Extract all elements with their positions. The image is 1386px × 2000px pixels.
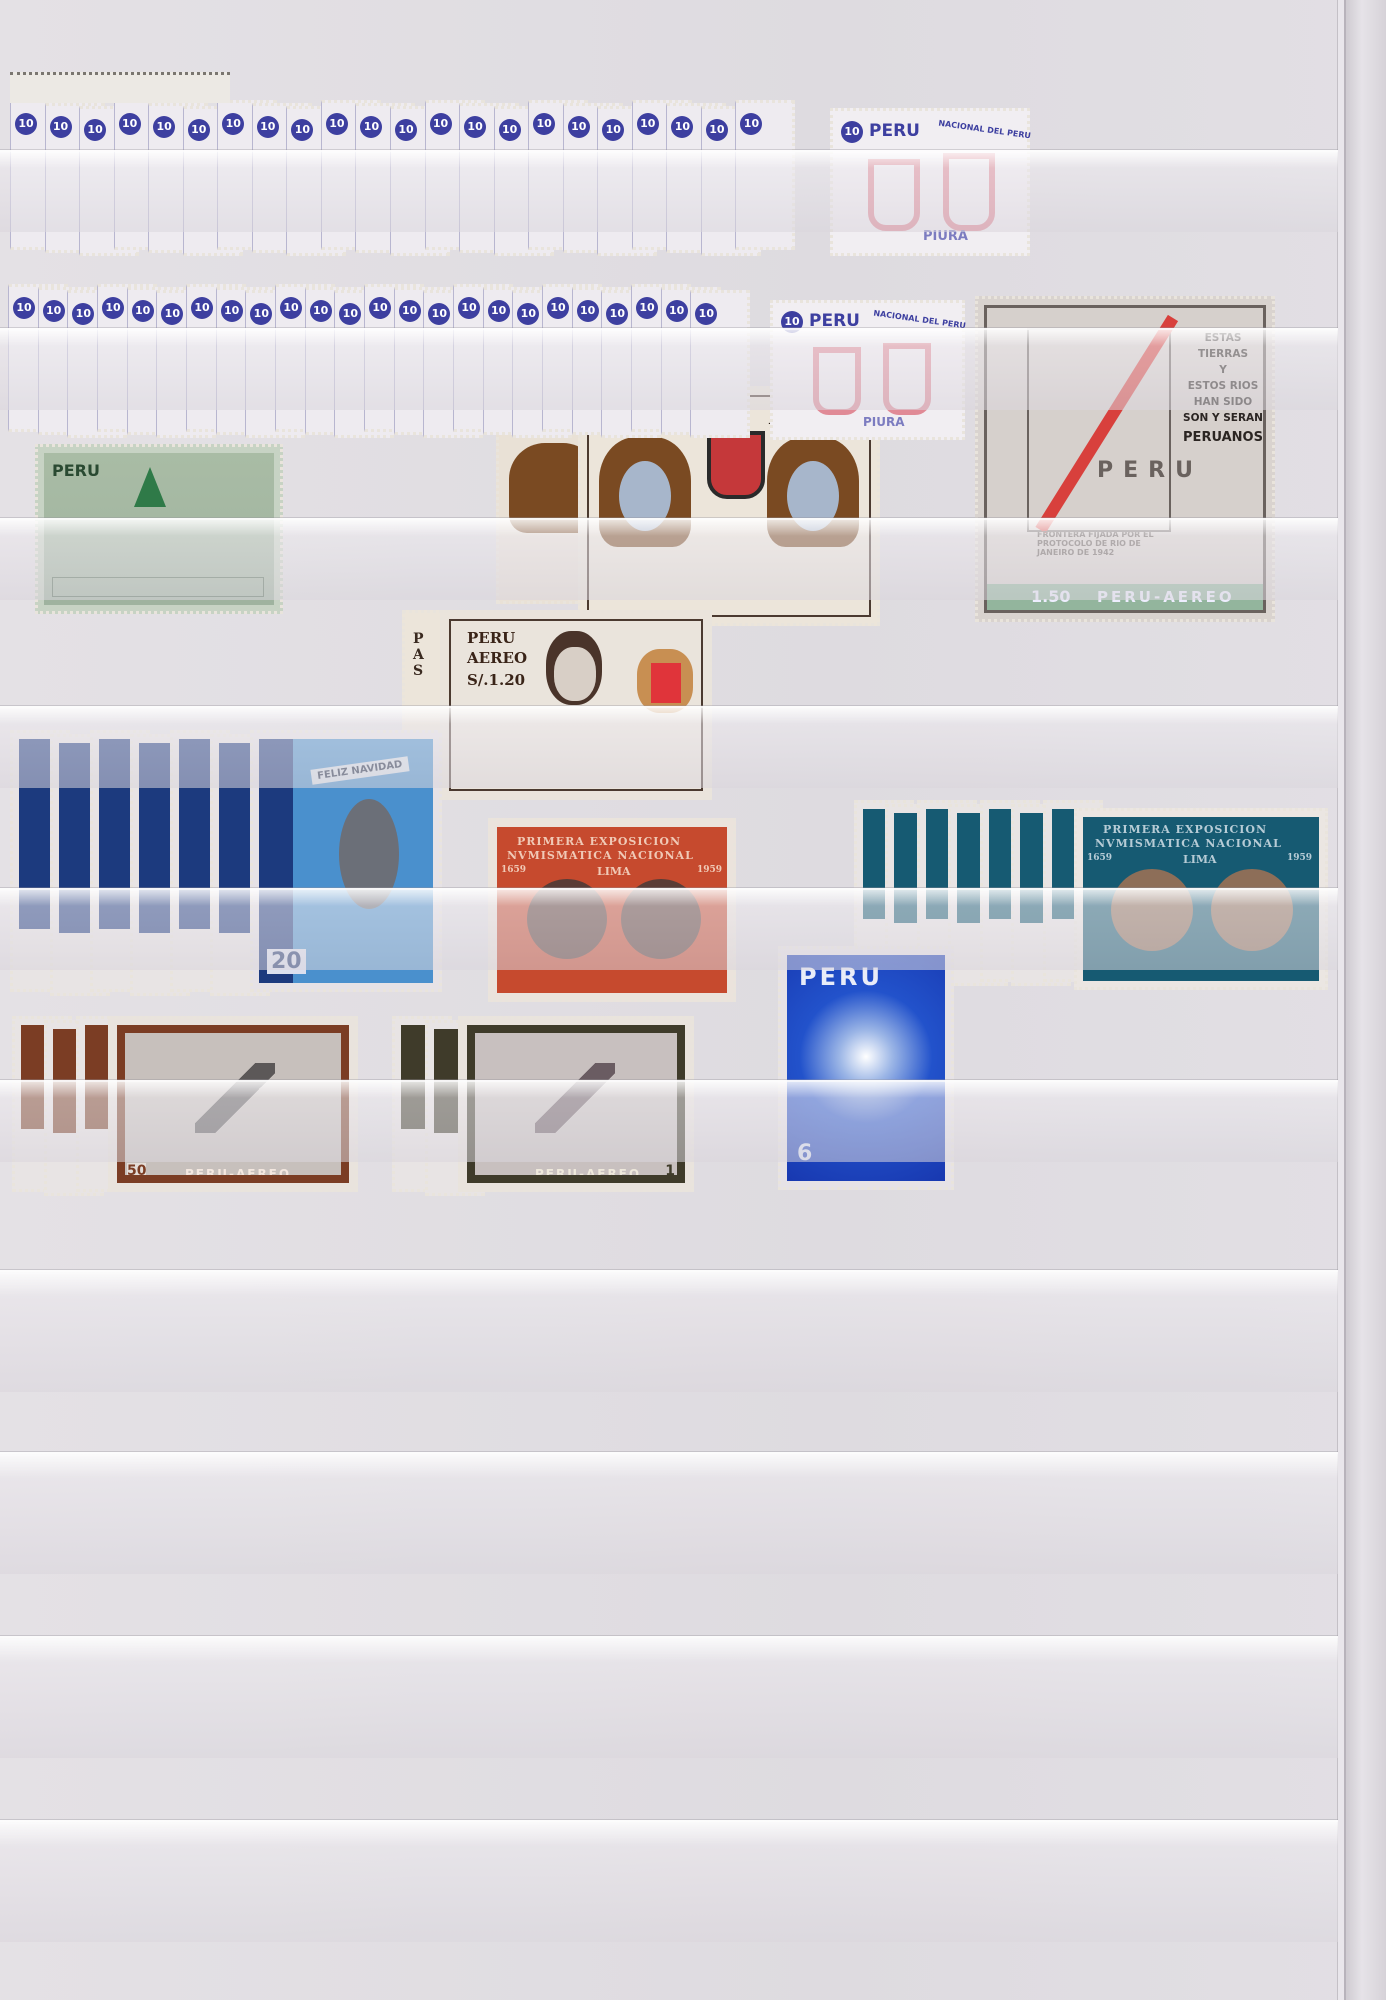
value-badge: 10 (636, 297, 658, 319)
glassine-strip (0, 706, 1338, 788)
value-badge: 10 (533, 113, 555, 135)
glassine-strip (0, 518, 1338, 600)
value-badge: 10 (706, 119, 728, 141)
value-badge: 10 (360, 116, 382, 138)
selvage (10, 72, 230, 103)
value-badge: 10 (153, 116, 175, 138)
value-badge: 10 (666, 300, 688, 322)
value-badge: 10 (13, 297, 35, 319)
sail-icon (134, 467, 166, 507)
glassine-strip (0, 1820, 1338, 1942)
portrait-face (554, 647, 596, 701)
value-badge: 10 (43, 300, 65, 322)
value-badge: 10 (577, 300, 599, 322)
value-badge: 10 (222, 113, 244, 135)
value-badge: 10 (517, 303, 539, 325)
value-badge: 10 (671, 116, 693, 138)
value-badge: 10 (326, 113, 348, 135)
glassine-strip (0, 1080, 1338, 1162)
value-badge: 10 (458, 297, 480, 319)
value-badge: 10 (637, 113, 659, 135)
glassine-strip (0, 1452, 1338, 1574)
value-badge: 10 (369, 297, 391, 319)
value-badge: 10 (84, 119, 106, 141)
value-badge: 10 (339, 303, 361, 325)
value-badge: 10 (188, 119, 210, 141)
value-badge: 10 (221, 300, 243, 322)
value-badge: 10 (250, 303, 272, 325)
value-badge: 10 (395, 119, 417, 141)
coat-of-arms-icon (707, 431, 765, 499)
glassine-strip (0, 150, 1338, 232)
value-badge: 10 (464, 116, 486, 138)
value-badge: 10 (50, 116, 72, 138)
glassine-strip (0, 888, 1338, 970)
value-badge: 10 (15, 113, 37, 135)
value-badge: 10 (740, 113, 762, 135)
value-badge: 10 (568, 116, 590, 138)
value-badge: 10 (488, 300, 510, 322)
glassine-strip (0, 1270, 1338, 1392)
value-badge: 10 (72, 303, 94, 325)
value-badge: 10 (695, 303, 717, 325)
value-badge: 10 (257, 116, 279, 138)
value-badge: 10 (310, 300, 332, 322)
value-badge: 10 (161, 303, 183, 325)
stamp-title: PERU (869, 121, 920, 141)
value-badge: 10 (430, 113, 452, 135)
glassine-strip (0, 1636, 1338, 1758)
value-badge: 10 (499, 119, 521, 141)
stockbook-page: PERU ESTASTIERRASYESTOS RIOSHAN SIDOSON … (0, 0, 1386, 2000)
value-badge: 10 (547, 297, 569, 319)
value-badge: 10 (132, 300, 154, 322)
red-shield-icon (651, 663, 681, 703)
value-badge: 10 (399, 300, 421, 322)
value-badge: 10 (428, 303, 450, 325)
value-badge: 10 (102, 297, 124, 319)
value-badge: 10 (280, 297, 302, 319)
book-spine (1344, 0, 1386, 2000)
value-badge: 10 (606, 303, 628, 325)
value-badge: 10 (602, 119, 624, 141)
value-badge: 10 (191, 297, 213, 319)
glassine-strip (0, 328, 1338, 410)
value-badge: 10 (291, 119, 313, 141)
value-badge: 10 (119, 113, 141, 135)
